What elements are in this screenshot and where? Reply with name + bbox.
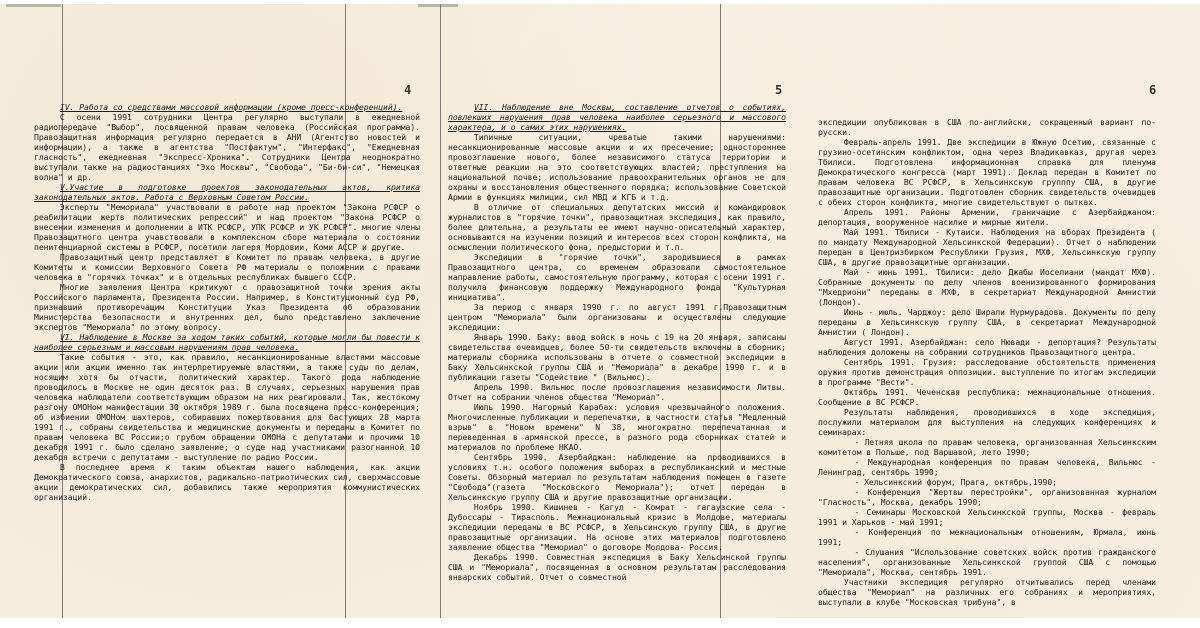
expedition-entry: Июль 1990. Нагорный Карабах: условия чре…	[448, 402, 786, 452]
expedition-entry: Апрель 1991. Районы Армении, граничащие …	[818, 207, 1156, 227]
paragraph: В последнее время к таким объектам нашег…	[34, 462, 420, 502]
paragraph: За период с января 1990 г. по август 199…	[448, 302, 786, 332]
section-heading: VI. Наблюдение в Москве за ходом таких с…	[34, 332, 420, 352]
conference-item: - Слушания "Использование советских войс…	[818, 547, 1156, 577]
expedition-entry: Сентябрь 1991. Грузия: расследование обс…	[818, 357, 1156, 387]
paragraph: Многие заявления Центра критикуют с прав…	[34, 282, 420, 332]
expedition-entry: Февраль-апрель 1991. Две экспедиции в Юж…	[818, 137, 1156, 207]
paragraph: В отличие от специальных депутатских мис…	[448, 202, 786, 252]
expedition-entry: Май - июнь 1991. Тбилиси: дело Джабы Иос…	[818, 267, 1156, 307]
expedition-entry: Август 1991. Азербайджан: село Нювади - …	[818, 337, 1156, 357]
expedition-entry: Январь 1990. Баку: ввод войск в ночь с 1…	[448, 332, 786, 382]
paragraph: Участники экспедиция регулярно отчитывал…	[818, 577, 1156, 607]
scanned-document: 4 IV. Работа со средствами массовой инфо…	[0, 4, 1200, 618]
page-text: IV. Работа со средствами массовой информ…	[34, 102, 420, 502]
paragraph: Результаты наблюдения, проводившихся в х…	[818, 407, 1156, 437]
expedition-entry: Декабрь 1990. Совместная экспедиция в Ба…	[448, 552, 786, 582]
conference-item: - Конференция по межнациональным отношен…	[818, 527, 1156, 547]
paragraph: экспедиции опубликован в США по-английск…	[818, 117, 1156, 137]
section-heading: V.Участие в подготовке проектов законода…	[34, 182, 420, 202]
expedition-entry: Июнь - июль. Чарджоу: дело Ширали Нурмур…	[818, 307, 1156, 337]
paragraph: Правозащитный центр представляет в Комит…	[34, 252, 420, 282]
page-text: экспедиции опубликован в США по-английск…	[818, 117, 1156, 607]
expedition-entry: Сентябрь 1990. Азербайджан: наблюдение н…	[448, 452, 786, 502]
page-number: 4	[404, 83, 411, 97]
conference-item: - Летняя школа по правам человека, орган…	[818, 437, 1156, 457]
paragraph: Экспедиции в "горячие точки", зародившие…	[448, 252, 786, 302]
page-number: 5	[775, 83, 782, 97]
section-heading: IV. Работа со средствами массовой информ…	[34, 102, 420, 112]
paragraph: Эксперты "Мемориала" участвовали в работ…	[34, 202, 420, 252]
expedition-entry: Апрель 1990. Вильнюс после провозглашени…	[448, 382, 786, 402]
conference-item: - Конференция "Жертвы перестройки", орга…	[818, 487, 1156, 507]
page-4: 4 IV. Работа со средствами массовой инфо…	[6, 4, 418, 618]
conference-item: - Семинары Московской Хельсинкской групп…	[818, 507, 1156, 527]
page-6: 6 экспедиции опубликован в США по-англий…	[792, 4, 1200, 618]
paragraph: Такие события - это, как правило, несанк…	[34, 352, 420, 462]
page-number: 6	[1149, 83, 1156, 97]
page-text: VII. Наблюдение вне Москвы, составление …	[448, 102, 786, 582]
expedition-entry: Май 1991. Тбилиси - Кутаиси. Наблюдения …	[818, 227, 1156, 267]
section-heading: VII. Наблюдение вне Москвы, составление …	[448, 102, 786, 132]
expedition-entry: Ноябрь 1990. Кишинев - Кагул - Комрат - …	[448, 502, 786, 552]
expedition-entry: Октябрь 1991. Чеченская республика: межн…	[818, 387, 1156, 407]
conference-item: - Международная конференция по правам че…	[818, 457, 1156, 477]
conference-item: - Хельсинкский форум, Прага, октябрь,199…	[818, 477, 1156, 487]
page-5: 5 VII. Наблюдение вне Москвы, составлени…	[420, 4, 790, 618]
paragraph: С осени 1991 сотрудники Центра регулярно…	[34, 112, 420, 182]
paragraph: Типичные ситуации, чреватые такими наруш…	[448, 132, 786, 202]
